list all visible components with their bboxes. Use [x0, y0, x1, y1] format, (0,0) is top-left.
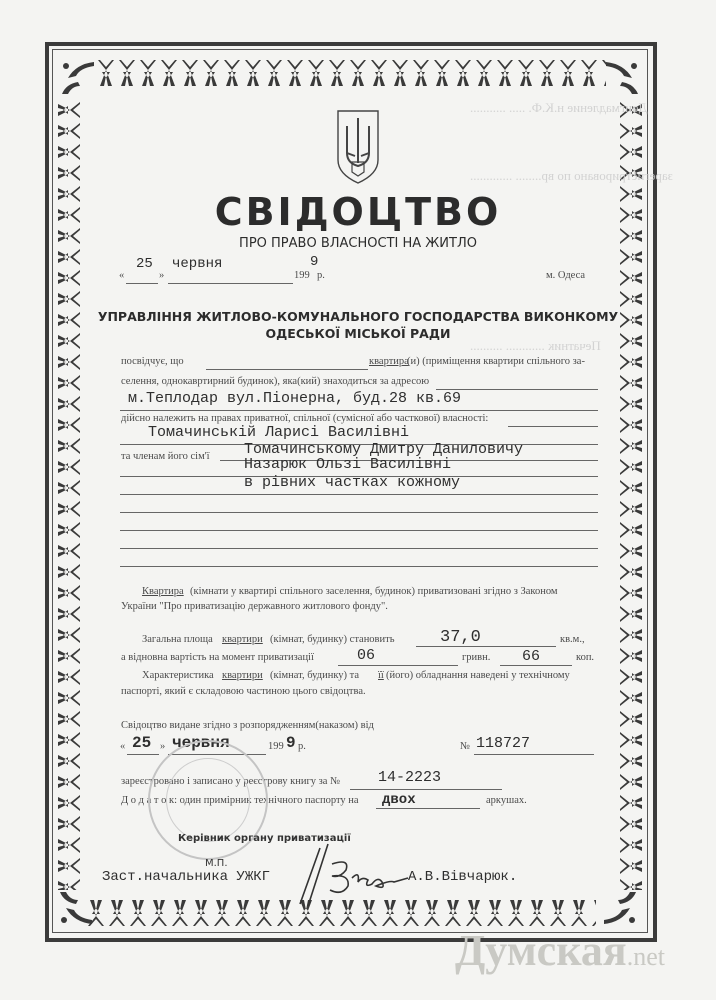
cost-label: а відновна вартість на момент приватизац… [121, 652, 314, 663]
ornament-top-icon [96, 58, 606, 88]
official-seal-inner [166, 758, 250, 842]
char-line2: паспорті, який є складовою частиною цьог… [121, 686, 366, 697]
family-label: та членам його сім'ї [121, 451, 210, 462]
object-label: квартира [369, 356, 409, 367]
organization-line2: ОДЕСЬКОЇ МІСЬКОЇ РАДИ [0, 326, 716, 341]
area-value: 37,0 [440, 628, 481, 647]
cost-kop: 66 [522, 648, 540, 665]
appendix-unit: аркушах. [486, 795, 527, 806]
hryvnia-unit: гривн. [462, 652, 490, 663]
char-object: квартири [222, 670, 263, 681]
family-member-2: Назарюк Ользі Василівні [244, 456, 451, 473]
date-year-suffix: р. [317, 270, 325, 281]
appendix-value: двох [382, 792, 416, 808]
area-label-object: квартири [222, 634, 263, 645]
trident-emblem-icon [335, 108, 381, 186]
char-start: Характеристика [142, 670, 214, 681]
signature-icon [290, 840, 410, 910]
privatization-object: Квартира [142, 586, 184, 597]
area-label-rest: (кімнат, будинку) становить [270, 634, 395, 645]
address-intro: селення, однокавртирний будинок), яка(ки… [121, 376, 429, 387]
bleed-through-text: Донгмадление н.К.Ф. ..... ........... [470, 100, 647, 116]
ownership-text: дійсно належить на правах приватної, спі… [121, 413, 488, 424]
owner-name: Томачинській Ларисі Василівні [148, 424, 409, 441]
privatization-text2: України "Про приватизацію державного жит… [121, 601, 388, 612]
issued-text: Свідоцтво видане згідно з розпорядженням… [121, 720, 374, 731]
document-title: СВІДОЦТВО [0, 190, 716, 234]
date-year-prefix: 199 [294, 270, 310, 281]
city: м. Одеса [546, 270, 585, 281]
privatization-text1: (кімнати у квартирі спільного заселення,… [190, 586, 558, 597]
area-unit: кв.м., [560, 634, 585, 645]
quote-close: » [159, 270, 164, 281]
bleed-through-text: зарегистрировано по вр........ .........… [470, 168, 673, 184]
quote-open: « [120, 741, 125, 752]
kop-unit: коп. [576, 652, 594, 663]
ornament-corner-icon [600, 888, 640, 928]
watermark-brand: Думская [455, 926, 627, 975]
document-subtitle: ПРО ПРАВО ВЛАСНОСТІ НА ЖИТЛО [0, 236, 716, 251]
issued-year-digit: 9 [286, 734, 296, 752]
object-rest: (и) (приміщення квартири спільного за- [407, 356, 585, 367]
issued-year-prefix: 199 [268, 741, 284, 752]
date-year-digit: 9 [310, 254, 318, 270]
area-label-start: Загальна площа [142, 634, 213, 645]
certificate-page: Донгмадление н.К.Ф. ..... ........... за… [0, 0, 716, 1000]
date-month: червня [172, 256, 222, 272]
number-label: № [460, 741, 470, 752]
char-mid: (кімнат, будинку) та [270, 670, 359, 681]
order-number: 118727 [476, 735, 530, 752]
address-value: м.Теплодар вул.Піонерна, буд.28 кв.69 [128, 390, 461, 407]
ornament-corner-icon [602, 58, 642, 98]
ornament-corner-icon [56, 888, 96, 928]
watermark-tld: .net [627, 942, 665, 971]
issued-day: 25 [132, 734, 151, 752]
signer-name: А.В.Вівчарюк. [408, 869, 517, 885]
ornament-corner-icon [58, 58, 98, 98]
char-her: її [378, 670, 384, 681]
family-member-shares: в рівних частках кожному [244, 474, 460, 491]
signer-position: Заст.начальника УЖКГ [102, 869, 270, 885]
cost-hryvnia: 06 [357, 647, 375, 664]
issued-year-suffix: р. [298, 741, 306, 752]
seal-label: М.П. [205, 858, 228, 869]
organization-line1: УПРАВЛІННЯ ЖИТЛОВО-КОМУНАЛЬНОГО ГОСПОДАР… [0, 309, 716, 324]
date-day: 25 [136, 256, 153, 272]
certify-intro: посвідчує, що [121, 356, 184, 367]
site-watermark: Думская.net [455, 925, 665, 976]
quote-close: » [160, 741, 165, 752]
char-rest: (його) обладнання наведені у технічному [386, 670, 570, 681]
quote-open: « [119, 270, 124, 281]
registered-number: 14-2223 [378, 769, 441, 786]
